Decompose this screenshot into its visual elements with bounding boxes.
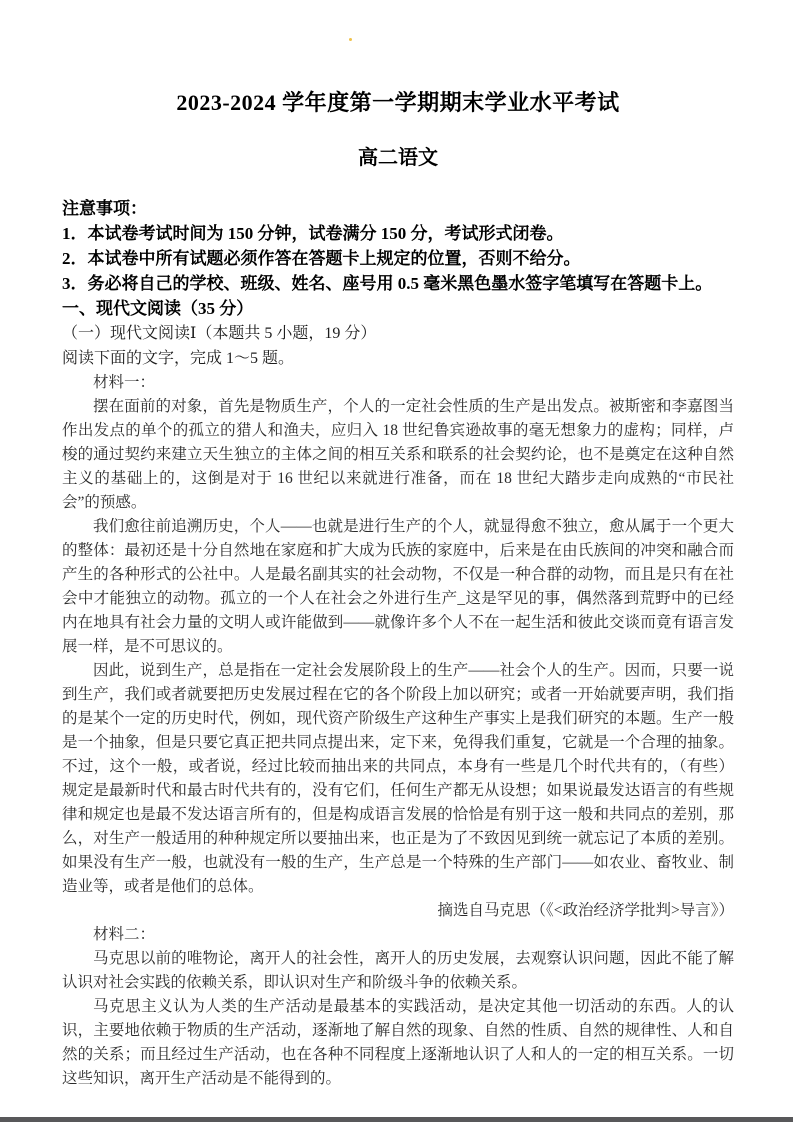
material-two-paragraph: 马克思以前的唯物论，离开人的社会性，离开人的历史发展，去观察认识问题，因此不能了… xyxy=(62,947,734,995)
material-one-label: 材料一： xyxy=(62,371,734,395)
exam-paper-page: 2023-2024 学年度第一学期期末学业水平考试 高二语文 注意事项： 1．本… xyxy=(0,0,793,1122)
material-two-paragraph: 马克思主义认为人类的生产活动是最基本的实践活动，是决定其他一切活动的东西。人的认… xyxy=(62,995,734,1091)
notice-item-2: 2．本试卷中所有试题必须作答在答题卡上规定的位置，否则不给分。 xyxy=(62,246,734,271)
page-bottom-edge-bar xyxy=(0,1117,793,1122)
material-one-paragraph: 摆在面前的对象，首先是物质生产，个人的一定社会性质的生产是出发点。被斯密和李嘉图… xyxy=(62,395,734,515)
subsection-heading: （一）现代文阅读Ⅰ（本题共 5 小题，19 分） xyxy=(62,321,734,346)
reading-instruction: 阅读下面的文字，完成 1～5 题。 xyxy=(62,346,734,371)
material-one-paragraph: 我们愈往前追溯历史，个人——也就是进行生产的个人，就显得愈不独立，愈从属于一个更… xyxy=(62,515,734,659)
exam-subject-title: 高二语文 xyxy=(62,141,734,170)
material-two-label: 材料二： xyxy=(62,923,734,947)
page-content: 2023-2024 学年度第一学期期末学业水平考试 高二语文 注意事项： 1．本… xyxy=(62,0,734,1091)
material-one-attribution: 摘选自马克思（《<政治经济学批判>导言》） xyxy=(62,899,734,923)
notice-item-3: 3．务必将自己的学校、班级、姓名、座号用 0.5 毫米黑色墨水签字笔填写在答题卡… xyxy=(62,271,734,296)
section-heading-modern-reading: 一、现代文阅读（35 分） xyxy=(62,296,734,321)
notice-heading: 注意事项： xyxy=(62,196,734,221)
material-one-paragraph: 因此，说到生产，总是指在一定社会发展阶段上的生产——社会个人的生产。因而，只要一… xyxy=(62,659,734,899)
exam-title: 2023-2024 学年度第一学期期末学业水平考试 xyxy=(62,86,734,117)
notice-item-1: 1．本试卷考试时间为 150 分钟，试卷满分 150 分，考试形式闭卷。 xyxy=(62,221,734,246)
